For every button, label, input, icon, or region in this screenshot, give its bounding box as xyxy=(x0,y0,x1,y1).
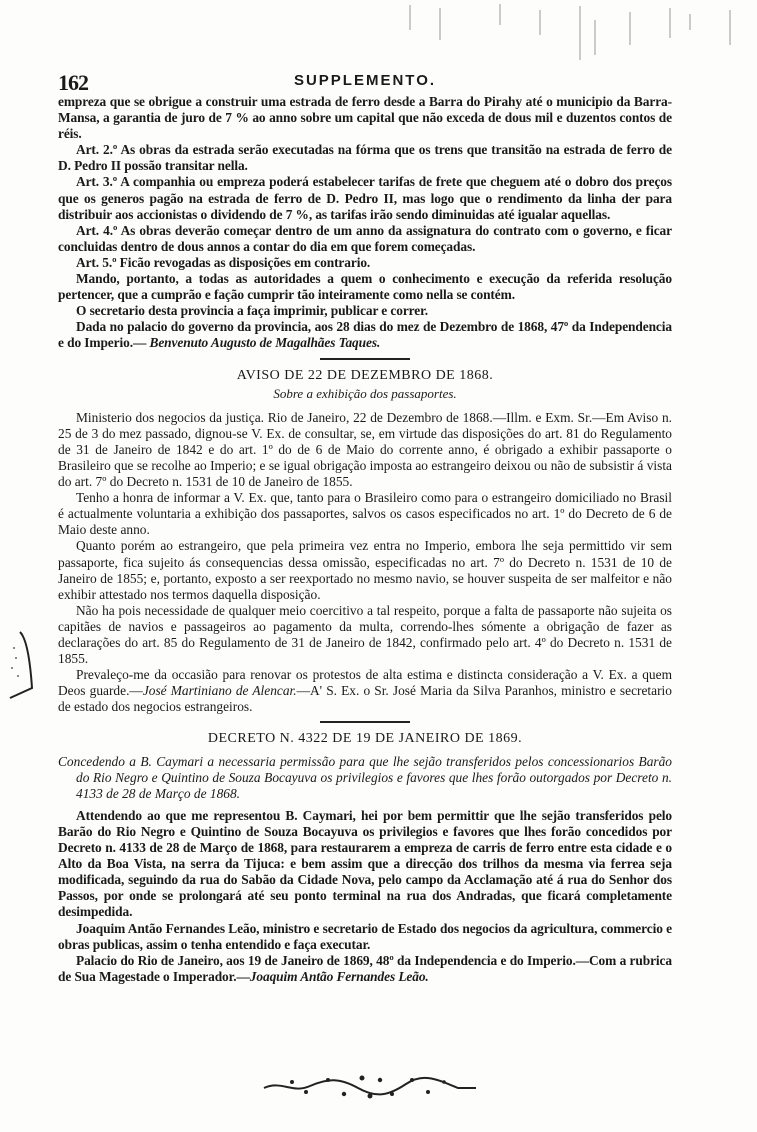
paragraph: Art. 4.º As obras deverão começar dentro… xyxy=(58,223,672,255)
section-divider xyxy=(320,721,410,723)
signature: José Martiniano de Alencar. xyxy=(143,683,297,698)
signature: Joaquim Antão Fernandes Leão. xyxy=(250,969,429,984)
closing-paragraph: Dada no palacio do governo da provincia,… xyxy=(58,319,672,351)
paragraph: O secretario desta provincia a faça impr… xyxy=(58,303,672,319)
paragraph: Quanto porém ao estrangeiro, que pela pr… xyxy=(58,538,672,602)
paragraph: Attendendo ao que me representou B. Caym… xyxy=(58,808,672,921)
section-divider xyxy=(320,358,410,360)
section-title: AVISO DE 22 DE DEZEMBRO DE 1868. xyxy=(58,368,672,384)
paragraph: Art. 5.º Ficão revogadas as disposições … xyxy=(58,255,672,271)
section-provincial-law: empreza que se obrigue a construir uma e… xyxy=(58,94,672,352)
page-header: 162 SUPPLEMENTO. xyxy=(58,70,672,96)
paragraph: Art. 2.º As obras da estrada serão execu… xyxy=(58,142,672,174)
paragraph: Mando, portanto, a todas as autoridades … xyxy=(58,271,672,303)
paragraph: Joaquim Antão Fernandes Leão, ministro e… xyxy=(58,921,672,953)
paragraph: Tenho a honra de informar a V. Ex. que, … xyxy=(58,490,672,538)
section-title: DECRETO N. 4322 DE 19 DE JANEIRO DE 1869… xyxy=(58,731,672,747)
running-title: SUPPLEMENTO. xyxy=(58,72,672,89)
binding-mark-icon xyxy=(6,628,34,700)
section-subtitle: Sobre a exhibição dos passaportes. xyxy=(58,386,672,402)
paragraph: Art. 3.º A companhia ou empreza poderá e… xyxy=(58,174,672,222)
paragraph: empreza que se obrigue a construir uma e… xyxy=(58,94,672,142)
paragraph: Ministerio dos negocios da justiça. Rio … xyxy=(58,410,672,490)
signature: Benvenuto Augusto de Magalhães Taques. xyxy=(150,335,381,350)
scan-noise xyxy=(390,0,757,70)
paragraph: Não ha pois necessidade de qualquer meio… xyxy=(58,603,672,667)
closing-paragraph: Palacio do Rio de Janeiro, aos 19 de Jan… xyxy=(58,953,672,985)
section-decreto: DECRETO N. 4322 DE 19 DE JANEIRO DE 1869… xyxy=(58,731,672,984)
section-aviso: AVISO DE 22 DE DEZEMBRO DE 1868. Sobre a… xyxy=(58,368,672,716)
closing-paragraph: Prevaleço-me da occasião para renovar os… xyxy=(58,667,672,715)
floral-vine-ornament-icon xyxy=(262,1070,478,1100)
decree-summary: Concedendo a B. Caymari a necessaria per… xyxy=(58,754,672,802)
page-body: empreza que se obrigue a construir uma e… xyxy=(58,94,672,985)
